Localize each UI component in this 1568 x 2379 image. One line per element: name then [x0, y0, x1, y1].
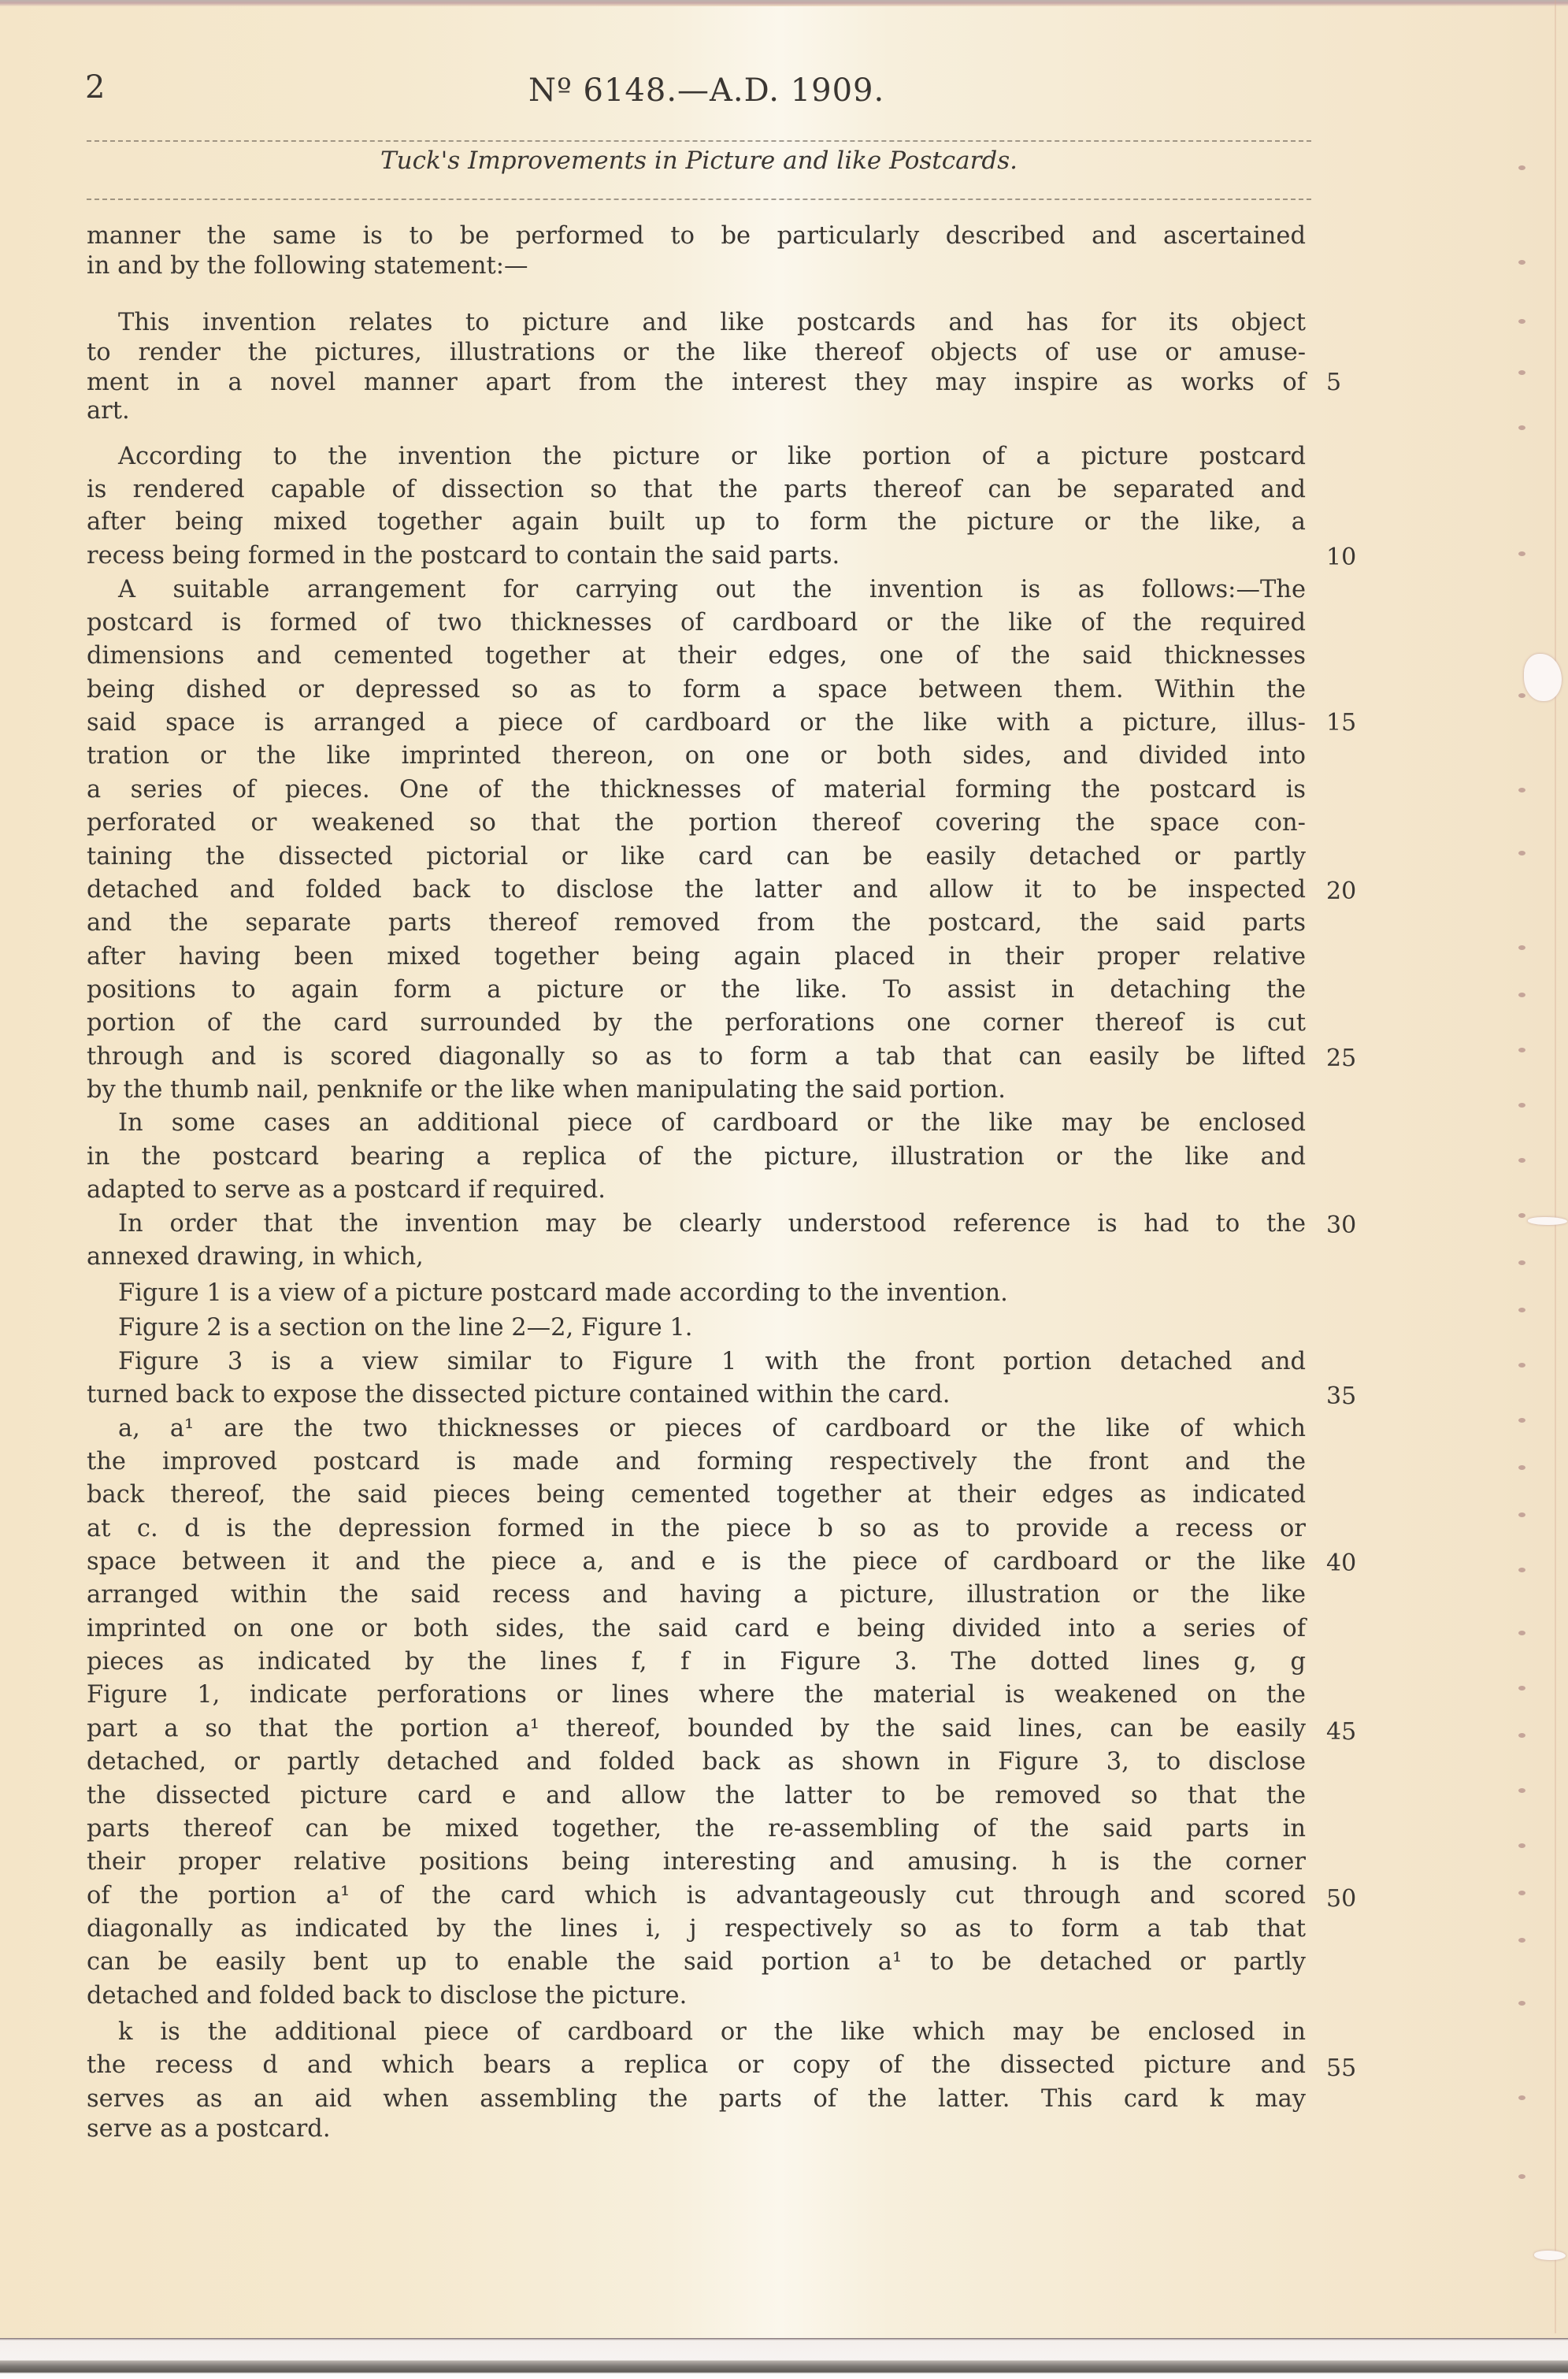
stitch-hole	[1518, 1843, 1525, 1848]
text-line: ment in a novel manner apart from the in…	[87, 367, 1306, 399]
text-line: a, a¹ are the two thicknesses or pieces …	[118, 1413, 1306, 1445]
text-line: In order that the invention may be clear…	[118, 1208, 1306, 1240]
text-line: turned back to expose the dissected pict…	[87, 1379, 1306, 1411]
text-line: Figure 2 is a section on the line 2—2, F…	[118, 1312, 1306, 1344]
text-line: can be easily bent up to enable the said…	[87, 1947, 1306, 1978]
text-line: art.	[87, 395, 1306, 427]
paper-tear	[1528, 1217, 1567, 1225]
text-line: in and by the following statement:—	[87, 251, 1306, 282]
text-line: is rendered capable of dissection so tha…	[87, 474, 1306, 506]
line-number: 55	[1326, 2053, 1356, 2084]
line-number: 40	[1326, 1548, 1356, 1579]
stitch-hole	[1518, 551, 1525, 556]
scanner-bottom-edge	[0, 2338, 1568, 2379]
stitch-hole	[1518, 1048, 1525, 1052]
text-line: perforated or weakened so that the porti…	[87, 807, 1306, 839]
stitch-hole	[1518, 1788, 1525, 1793]
line-number: 25	[1326, 1043, 1356, 1074]
text-line: k is the additional piece of cardboard o…	[118, 2017, 1306, 2048]
text-line: This invention relates to picture and li…	[118, 307, 1306, 339]
header-rule-top	[87, 140, 1311, 142]
patent-number-heading: Nº 6148.—A.D. 1909.	[528, 72, 884, 109]
text-line: positions to again form a picture or the…	[87, 974, 1306, 1006]
text-line: parts thereof can be mixed together, the…	[87, 1813, 1306, 1845]
stitch-hole	[1518, 1418, 1525, 1423]
stitch-hole	[1518, 993, 1525, 997]
text-line: According to the invention the picture o…	[118, 441, 1306, 473]
text-line: to render the pictures, illustrations or…	[87, 337, 1306, 369]
stitch-hole	[1518, 945, 1525, 950]
text-line: a series of pieces. One of the thickness…	[87, 774, 1306, 806]
line-number: 30	[1326, 1210, 1356, 1241]
line-number: 15	[1326, 707, 1356, 739]
stitch-hole	[1518, 1158, 1525, 1163]
text-line: imprinted on one or both sides, the said…	[87, 1613, 1306, 1645]
stitch-hole	[1518, 1568, 1525, 1572]
text-line: the dissected picture card e and allow t…	[87, 1780, 1306, 1812]
stitch-hole	[1518, 2174, 1525, 2179]
text-line: back thereof, the said pieces being ceme…	[87, 1479, 1306, 1511]
stitch-hole	[1518, 1631, 1525, 1635]
line-number: 5	[1326, 367, 1341, 399]
text-line: diagonally as indicated by the lines i, …	[87, 1913, 1306, 1945]
text-line: pieces as indicated by the lines f, f in…	[87, 1646, 1306, 1678]
text-line: detached and folded back to disclose the…	[87, 1980, 1306, 2012]
stitch-hole	[1518, 1103, 1525, 1108]
stitch-hole	[1518, 260, 1525, 265]
stitch-hole	[1518, 425, 1525, 430]
text-line: said space is arranged a piece of cardbo…	[87, 707, 1306, 739]
text-line: detached, or partly detached and folded …	[87, 1746, 1306, 1778]
text-line: taining the dissected pictorial or like …	[87, 841, 1306, 873]
stitch-hole	[1518, 1733, 1525, 1738]
page-fold-line	[1555, 0, 1556, 2333]
page-number: 2	[85, 69, 105, 106]
text-line: manner the same is to be performed to be…	[87, 221, 1306, 252]
stitch-hole	[1518, 1686, 1525, 1691]
text-line: after being mixed together again built u…	[87, 507, 1306, 538]
text-line: at c. d is the depression formed in the …	[87, 1513, 1306, 1545]
text-line: portion of the card surrounded by the pe…	[87, 1008, 1306, 1039]
stitch-hole	[1518, 2001, 1525, 2006]
stitch-hole	[1518, 370, 1525, 375]
text-line: Figure 1, indicate perforations or lines…	[87, 1679, 1306, 1711]
text-line: adapted to serve as a postcard if requir…	[87, 1175, 1306, 1206]
text-line: in the postcard bearing a replica of the…	[87, 1141, 1306, 1173]
stitch-hole	[1518, 1213, 1525, 1218]
text-line: through and is scored diagonally so as t…	[87, 1041, 1306, 1073]
stitch-hole	[1518, 788, 1525, 792]
line-number: 20	[1326, 876, 1356, 907]
text-line: their proper relative positions being in…	[87, 1846, 1306, 1878]
line-number: 35	[1326, 1381, 1356, 1412]
text-line: Figure 3 is a view similar to Figure 1 w…	[118, 1346, 1306, 1378]
text-line: postcard is formed of two thicknesses of…	[87, 607, 1306, 639]
stitch-hole	[1518, 1512, 1525, 1517]
stitch-hole	[1518, 693, 1525, 698]
patent-title: Tuck's Improvements in Picture and like …	[0, 147, 1398, 175]
text-line: recess being formed in the postcard to c…	[87, 540, 1306, 572]
text-line: arranged within the said recess and havi…	[87, 1579, 1306, 1611]
text-line: part a so that the portion a¹ thereof, b…	[87, 1713, 1306, 1745]
stitch-hole	[1518, 1891, 1525, 1895]
text-line: detached and folded back to disclose the…	[87, 874, 1306, 906]
text-line: serve as a postcard.	[87, 2114, 1306, 2145]
stitch-hole	[1518, 1938, 1525, 1943]
paper-tear	[1534, 2251, 1566, 2260]
text-line: the improved postcard is made and formin…	[87, 1446, 1306, 1478]
text-line: annexed drawing, in which,	[87, 1241, 1306, 1273]
text-line: by the thumb nail, penknife or the like …	[87, 1074, 1306, 1106]
stitch-hole	[1518, 165, 1525, 170]
line-number: 10	[1326, 542, 1356, 573]
text-line: after having been mixed together being a…	[87, 941, 1306, 973]
stitch-hole	[1518, 1363, 1525, 1368]
header-rule-bottom	[87, 199, 1311, 200]
text-line: space between it and the piece a, and e …	[87, 1546, 1306, 1578]
stitch-hole	[1518, 1465, 1525, 1470]
text-line: being dished or depressed so as to form …	[87, 674, 1306, 706]
stitch-hole	[1518, 851, 1525, 855]
line-number: 45	[1326, 1717, 1356, 1748]
text-line: dimensions and cemented together at thei…	[87, 640, 1306, 672]
stitch-hole	[1518, 1308, 1525, 1312]
text-line: the recess d and which bears a replica o…	[87, 2050, 1306, 2081]
line-number: 50	[1326, 1884, 1356, 1915]
text-line: of the portion a¹ of the card which is a…	[87, 1880, 1306, 1912]
text-line: In some cases an additional piece of car…	[118, 1108, 1306, 1139]
page-top-edge	[0, 0, 1568, 6]
text-line: tration or the like imprinted thereon, o…	[87, 740, 1306, 772]
stitch-hole	[1518, 2095, 1525, 2100]
text-line: Figure 1 is a view of a picture postcard…	[118, 1278, 1306, 1309]
text-line: A suitable arrangement for carrying out …	[118, 574, 1306, 606]
stitch-hole	[1518, 1260, 1525, 1265]
text-line: serves as an aid when assembling the par…	[87, 2084, 1306, 2115]
text-line: and the separate parts thereof removed f…	[87, 907, 1306, 939]
stitch-hole	[1518, 319, 1525, 324]
